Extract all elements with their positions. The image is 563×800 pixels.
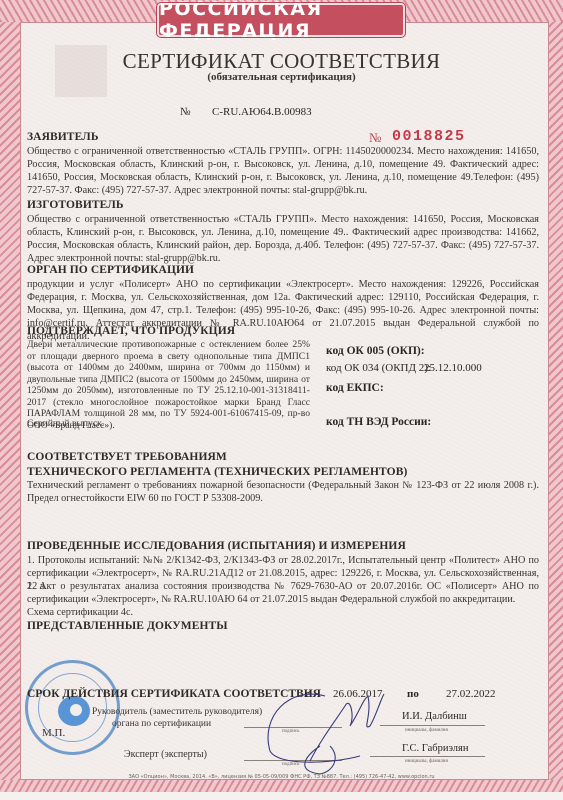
tests-line-3: Схема сертификации 4с. (27, 606, 539, 619)
code-okpd-label: код ОК 034 (ОКПД 2): (326, 362, 431, 374)
documents-heading: ПРЕДСТАВЛЕННЫЕ ДОКУМЕНТЫ (27, 620, 228, 632)
border-right (549, 0, 563, 792)
manufacturer-heading: ИЗГОТОВИТЕЛЬ (27, 199, 124, 211)
expert-label: Эксперт (эксперты) (124, 749, 207, 760)
code-ekps-label: код ЕКПС: (326, 382, 384, 394)
expert-name: Г.С. Габриэлян (402, 743, 468, 754)
cert-body-heading: ОРГАН ПО СЕРТИФИКАЦИИ (27, 264, 194, 276)
validity-to-label: по (407, 688, 419, 700)
code-okpd-value: 25.12.10.000 (424, 362, 482, 374)
requirements-subheading: ТЕХНИЧЕСКОГО РЕГЛАМЕНТА (ТЕХНИЧЕСКИХ РЕГ… (27, 466, 407, 478)
blank-number: 0018825 (392, 128, 466, 145)
head-name: И.И. Далбинш (402, 711, 467, 722)
product-heading: ПОДТВЕРЖДАЕТ, ЧТО ПРОДУКЦИЯ (27, 325, 235, 337)
name-caption-2: инициалы, фамилия (405, 759, 448, 764)
certificate-subtitle: (обязательная сертификация) (0, 71, 563, 83)
head-label-2: органа по сертификации (112, 719, 211, 729)
tests-line-2: 2. Акт о результатах анализа состояния п… (27, 580, 539, 606)
product-serial: Серийный выпуск. (27, 417, 310, 430)
requirements-heading: СООТВЕТСТВУЕТ ТРЕБОВАНИЯМ (27, 451, 227, 463)
manufacturer-text: Общество с ограниченной ответственностью… (27, 213, 539, 265)
seal-logo-icon (58, 696, 90, 726)
applicant-text: Общество с ограниченной ответственностью… (27, 145, 539, 197)
country-banner: РОССИЙСКАЯ ФЕДЕРАЦИЯ (157, 3, 405, 37)
head-label-1: Руководитель (заместитель руководителя) (92, 707, 262, 717)
name-caption-1: инициалы, фамилия (405, 728, 448, 733)
blank-number-label: № (369, 130, 381, 146)
signature-icon (250, 686, 400, 776)
code-tnved-label: код ТН ВЭД России: (326, 416, 431, 428)
border-left (0, 0, 20, 792)
validity-to-date: 27.02.2022 (446, 688, 496, 700)
code-okp-label: код ОК 005 (ОКП): (326, 345, 425, 357)
mp-label: М.П. (42, 727, 65, 739)
cert-number-label: № (180, 106, 191, 118)
certificate-page: РОССИЙСКАЯ ФЕДЕРАЦИЯ СЕРТИФИКАТ СООТВЕТС… (0, 0, 563, 800)
applicant-heading: ЗАЯВИТЕЛЬ (27, 131, 99, 143)
tests-heading: ПРОВЕДЕННЫЕ ИССЛЕДОВАНИЯ (ИСПЫТАНИЯ) И И… (27, 540, 406, 552)
cert-number: C-RU.АЮ64.В.00983 (212, 106, 312, 118)
banner-text: РОССИЙСКАЯ ФЕДЕРАЦИЯ (159, 0, 403, 42)
requirements-text: Технический регламент о требованиях пожа… (27, 479, 539, 505)
printer-footer: ЗАО «Опцион», Москва, 2014. «В», лицензи… (0, 774, 563, 780)
